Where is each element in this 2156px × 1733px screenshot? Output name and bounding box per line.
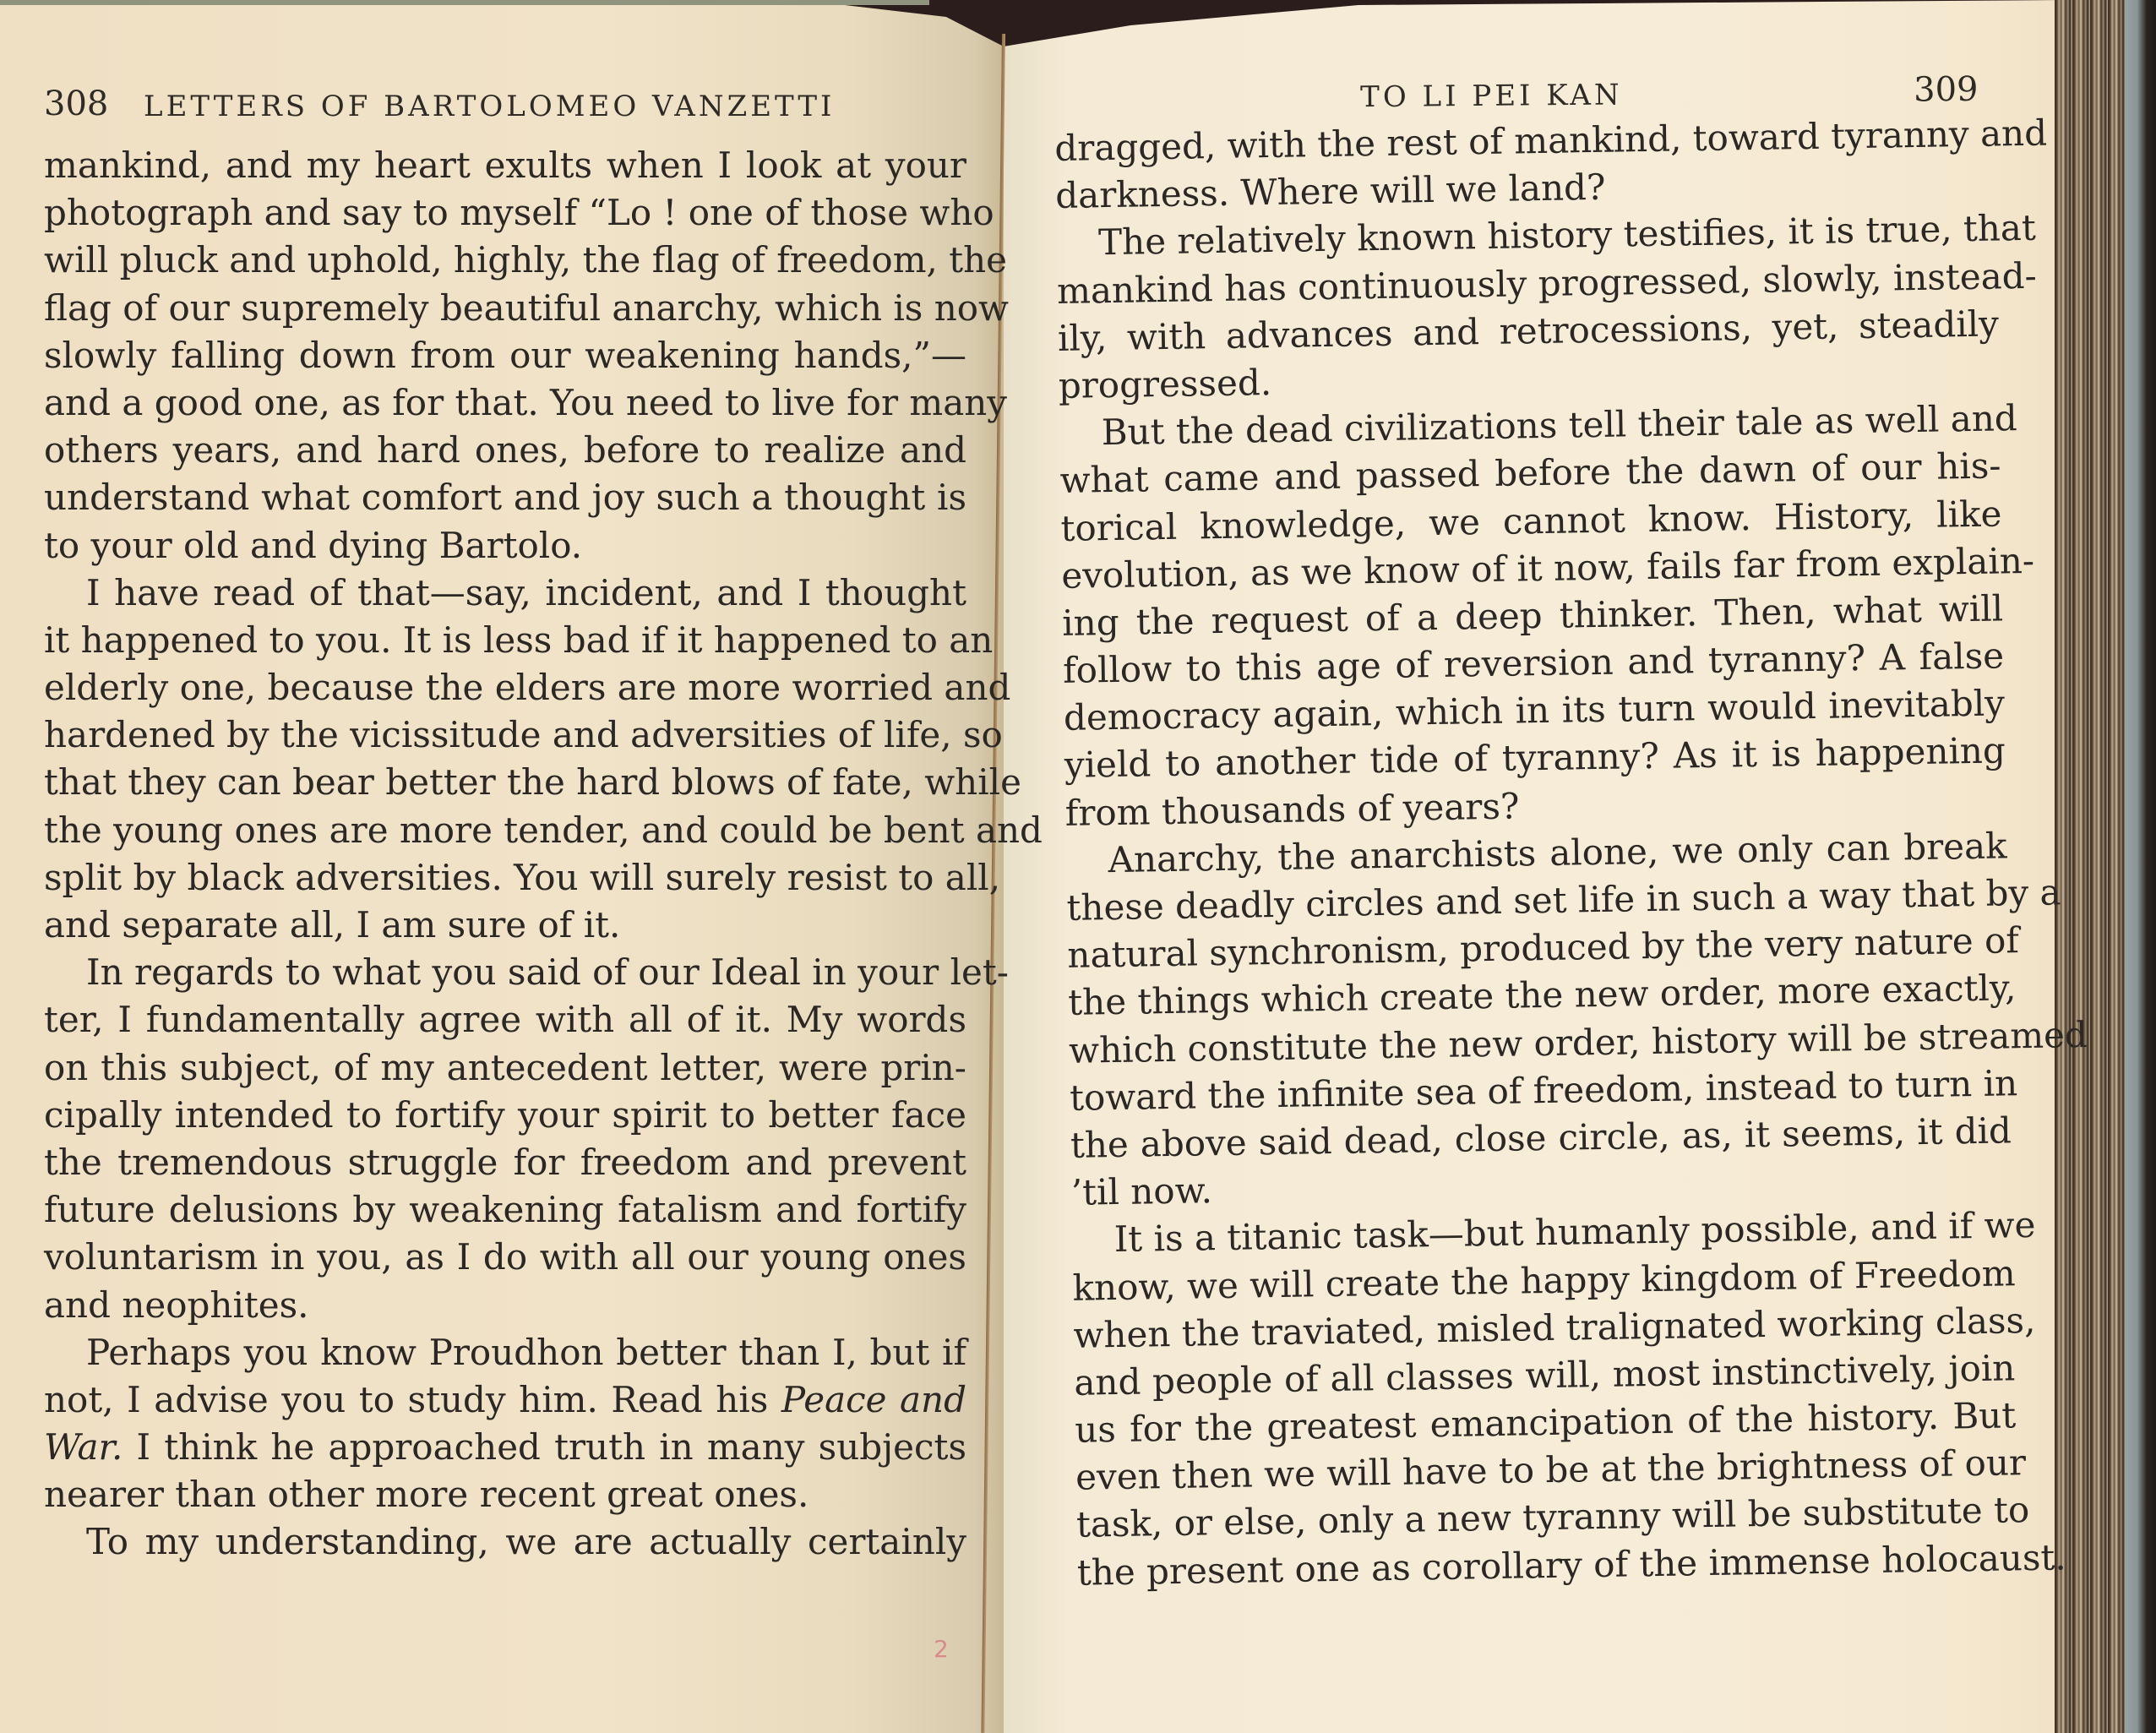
- right-page-number: 309: [1914, 70, 1979, 110]
- right-page-body: dragged, with the rest of mankind, towar…: [1054, 111, 2018, 1597]
- text-line: War. I think he approached truth in many…: [44, 1424, 966, 1471]
- text-line: nearer than other more recent great ones…: [44, 1471, 966, 1518]
- text-line: I have read of that—say, incident, and I…: [44, 569, 966, 617]
- text-line: To my understanding, we are actually cer…: [44, 1518, 966, 1566]
- text-line: elderly one, because the elders are more…: [44, 664, 966, 711]
- text-line: voluntarism in you, as I do with all our…: [44, 1234, 966, 1281]
- page-edges: [2055, 0, 2131, 1733]
- text-line: flag of our supremely beautiful anarchy,…: [44, 285, 966, 332]
- text-line: to your old and dying Bartolo.: [44, 522, 966, 569]
- text-line: hardened by the vicissitude and adversit…: [44, 711, 966, 759]
- text-line: understand what comfort and joy such a t…: [44, 474, 966, 521]
- text-line: Perhaps you know Proudhon better than I,…: [44, 1329, 966, 1376]
- top-edge-strip: [0, 0, 929, 5]
- text-line: not, I advise you to study him. Read his…: [44, 1376, 966, 1424]
- text-line: split by black adversities. You will sur…: [44, 854, 966, 902]
- text-line: future delusions by weakening fatalism a…: [44, 1186, 966, 1234]
- text-line: and a good one, as for that. You need to…: [44, 379, 966, 427]
- text-line: on this subject, of my antecedent letter…: [44, 1044, 966, 1092]
- left-running-head: LETTERS OF BARTOLOMEO VANZETTI: [144, 90, 835, 123]
- text-line: mankind, and my heart exults when I look…: [44, 142, 966, 189]
- left-page-number: 308: [44, 84, 108, 123]
- text-line: cipally intended to fortify your spirit …: [44, 1092, 966, 1139]
- text-line: and neophites.: [44, 1282, 966, 1329]
- text-line: the young ones are more tender, and coul…: [44, 807, 966, 854]
- text-line: and separate all, I am sure of it.: [44, 902, 966, 949]
- text-line: others years, and hard ones, before to r…: [44, 427, 966, 474]
- pencil-mark: 2: [934, 1635, 949, 1663]
- text-line: ter, I fundamentally agree with all of i…: [44, 996, 966, 1044]
- left-page-body: mankind, and my heart exults when I look…: [44, 142, 966, 1567]
- text-line: photograph and say to myself “Lo ! one o…: [44, 189, 966, 237]
- text-line: In regards to what you said of our Ideal…: [44, 949, 966, 996]
- text-line: it happened to you. It is less bad if it…: [44, 617, 966, 664]
- book-cover: [2125, 0, 2156, 1733]
- text-line: slowly falling down from our weakening h…: [44, 332, 966, 379]
- text-line: that they can bear better the hard blows…: [44, 759, 966, 806]
- text-line: the tremendous struggle for freedom and …: [44, 1139, 966, 1186]
- text-line: will pluck and uphold, highly, the flag …: [44, 237, 966, 284]
- right-running-head: TO LI PEI KAN: [1360, 78, 1623, 114]
